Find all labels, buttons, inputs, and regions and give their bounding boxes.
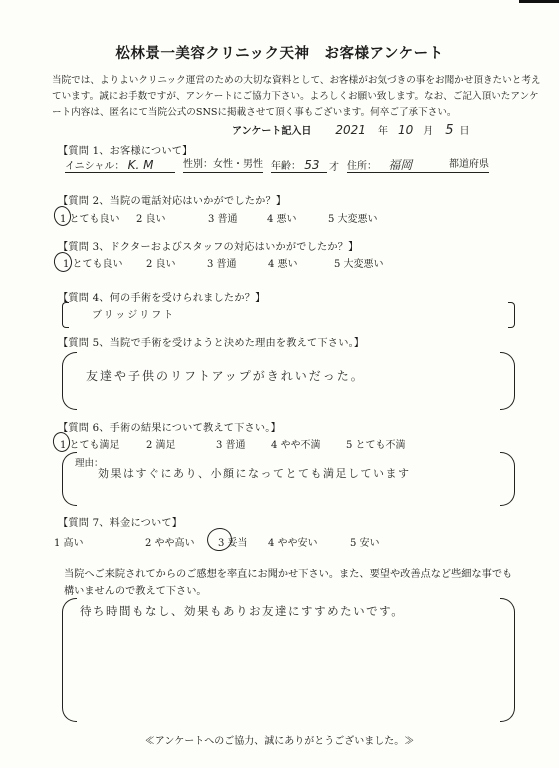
q5-heading: 【質問 5、当院で手術を受けようと決めた理由を教えて下さい。】 — [58, 334, 364, 349]
q6-option-3[interactable]: 3 普通 — [216, 436, 246, 451]
survey-date: アンケート記入日 2021 年 10 月 5 日 — [232, 122, 470, 138]
q4-answer[interactable]: ブリッジリフト — [92, 306, 175, 321]
q8-prompt-line: 当院へご来院されてからのご感想を率直にお聞かせ下さい。また、要望や改善点など些細… — [64, 566, 512, 583]
address-unit: 都道府県 — [449, 158, 489, 172]
thanks-message: ≪アンケートへのご協力、誠にありがとうございました。≫ — [0, 732, 559, 747]
date-day-unit: 日 — [460, 122, 470, 137]
q5-bracket-left — [62, 352, 77, 410]
q1-heading: 【質問 1、お客様について】 — [58, 142, 193, 157]
initial-label: イニシャル： — [65, 161, 124, 172]
q3-options: 1 とても良い 2 良い 3 普通 4 悪い 5 大変悪い — [58, 255, 518, 271]
q8-bracket-left — [62, 598, 77, 722]
intro-line: ています。誠にお手数ですが、アンケートにご協力下さい。よろしくお願い致します。な… — [52, 89, 512, 105]
q2-option-5[interactable]: 5 大変悪い — [328, 210, 378, 225]
q3-heading: 【質問 3、ドクターおよびスタッフの対応はいかがでしたか？】 — [58, 238, 359, 253]
address-field[interactable]: 住所： 福岡 都道府県 — [347, 158, 489, 173]
q8-answer[interactable]: 待ち時間もなし、効果もありお友達にすすめたいです。 — [80, 603, 404, 619]
q8-bracket-right — [500, 598, 515, 722]
date-year[interactable]: 2021 — [335, 123, 366, 137]
address-label: 住所： — [347, 161, 377, 172]
age-value: 53 — [304, 158, 319, 172]
q2-heading: 【質問 2、当院の電話対応はいかがでしたか？】 — [58, 192, 286, 207]
q2-option-2[interactable]: 2 良い — [136, 210, 166, 225]
date-year-unit: 年 — [378, 122, 388, 137]
q6-options: 1 とても満足 2 満足 3 普通 4 やや不満 5 とても不満 — [58, 436, 518, 452]
age-field[interactable]: 年齢： 53 — [271, 158, 327, 173]
q8-prompt: 当院へご来院されてからのご感想を率直にお聞かせ下さい。また、要望や改善点など些細… — [64, 566, 512, 600]
q7-heading: 【質問 7、料金について】 — [58, 514, 182, 529]
date-day[interactable]: 5 — [445, 123, 453, 138]
q6-reason-answer[interactable]: 効果はすぐにあり、小顔になってとても満足しています — [98, 465, 411, 481]
q3-option-4[interactable]: 4 悪い — [268, 255, 298, 270]
q6-bracket-right — [500, 452, 515, 506]
q7-option-5[interactable]: 5 安い — [350, 534, 380, 549]
intro-line: 当院では、よりよいクリニック運営のための大切な資料として、お客様がお気づきの事を… — [52, 73, 512, 89]
q4-heading: 【質問 4、何の手術を受けられましたか？】 — [58, 289, 265, 304]
q7-option-4[interactable]: 4 やや安い — [268, 534, 318, 549]
q2-option-4[interactable]: 4 悪い — [267, 210, 297, 225]
q4-bracket-right — [508, 302, 515, 328]
q2-option-3[interactable]: 3 普通 — [208, 210, 238, 225]
intro-paragraph: 当院では、よりよいクリニック運営のための大切な資料として、お客様がお気づきの事を… — [52, 73, 512, 121]
scan-corner-mark — [519, 0, 559, 3]
q6-option-4[interactable]: 4 やや不満 — [271, 436, 321, 451]
address-value: 福岡 — [388, 158, 412, 172]
q4-bracket-left — [62, 302, 69, 328]
initial-value: K. M — [128, 158, 154, 172]
q7-option-1[interactable]: 1 高い — [54, 534, 84, 549]
initial-field[interactable]: イニシャル： K. M — [65, 158, 175, 173]
q3-option-5[interactable]: 5 大変悪い — [334, 255, 384, 270]
q7-option-2[interactable]: 2 やや高い — [145, 534, 195, 549]
date-label: アンケート記入日 — [232, 122, 311, 137]
q5-answer[interactable]: 友達や子供のリフトアップがきれいだった。 — [86, 367, 365, 384]
page-title: 松林景一美容クリニック天神 お客様アンケート — [0, 42, 559, 63]
questionnaire-page: 松林景一美容クリニック天神 お客様アンケート 当院では、よりよいクリニック運営の… — [0, 0, 559, 768]
q5-bracket-right — [500, 352, 515, 410]
q7-options: 1 高い 2 やや高い 3 妥当 4 やや安い 5 安い — [0, 534, 520, 550]
gender-field[interactable]: 性別：女性・男性 — [183, 158, 263, 173]
q3-option-2[interactable]: 2 良い — [146, 255, 176, 270]
q6-option-5[interactable]: 5 とても不満 — [346, 436, 406, 451]
q6-option-2[interactable]: 2 満足 — [146, 436, 176, 451]
age-unit: 才 — [329, 158, 339, 173]
intro-line: ート内容は、匿名にて当院公式のSNSに掲載させて頂く事もございます。何卒ご了承下… — [52, 105, 512, 121]
age-label: 年齢： — [271, 161, 301, 172]
date-month-unit: 月 — [423, 122, 433, 137]
q6-heading: 【質問 6、手術の結果について教えて下さい。】 — [58, 419, 281, 434]
q8-prompt-line: 構いませんので教えて下さい。 — [64, 583, 512, 600]
q2-options: 1 とても良い 2 良い 3 普通 4 悪い 5 大変悪い — [58, 210, 518, 226]
q3-option-3[interactable]: 3 普通 — [207, 255, 237, 270]
date-month[interactable]: 10 — [398, 123, 413, 137]
